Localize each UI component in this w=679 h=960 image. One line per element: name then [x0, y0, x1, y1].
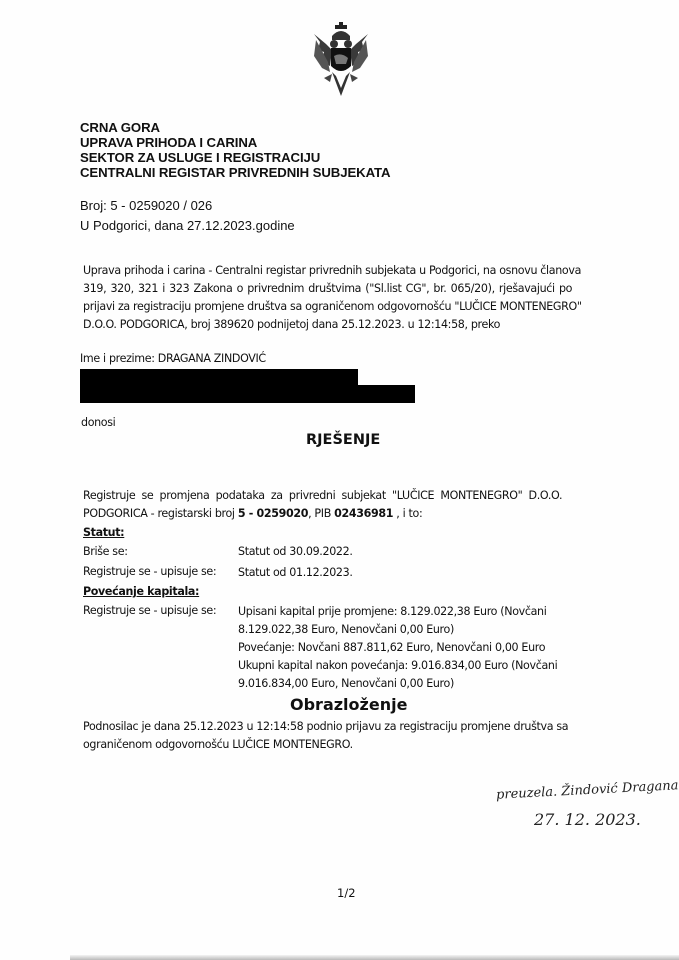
- pib-number: 02436981: [334, 507, 393, 520]
- statut-row-2-label: Registruje se - upisuje se:: [83, 563, 216, 580]
- decision-line-1: Registruje se promjena podataka za privr…: [83, 487, 562, 504]
- handwritten-received-by: preuzela. Žindović Dragana: [496, 778, 679, 803]
- intro-line-1: Uprava prihoda i carina - Centralni regi…: [83, 262, 581, 279]
- decision-title: RJEŠENJE: [306, 432, 380, 448]
- kapital-label: Registruje se - upisuje se:: [83, 602, 216, 619]
- scan-edge-shadow: [70, 955, 679, 960]
- applicant-name: Ime i prezime: DRAGANA ZINDOVIĆ: [80, 350, 266, 367]
- decision-line-2-suffix: , i to:: [393, 507, 422, 520]
- page-number: 1/2: [337, 886, 356, 900]
- document-number: Broj: 5 - 0259020 / 026: [80, 196, 212, 215]
- reasoning-line-1: Podnosilac je dana 25.12.2023 u 12:14:58…: [83, 718, 568, 735]
- kapital-line-5: 9.016.834,00 Euro, Nenovčani 0,00 Euro): [238, 675, 454, 692]
- pib-prefix: , PIB: [308, 507, 334, 520]
- intro-line-4: D.O.O. PODGORICA, broj 389620 podnijetoj…: [83, 316, 500, 333]
- handwritten-date: 27. 12. 2023.: [534, 810, 641, 829]
- intro-line-3: prijavi za registraciju promjene društva…: [83, 298, 582, 315]
- place-and-date: U Podgorici, dana 27.12.2023.godine: [80, 216, 295, 235]
- registration-number: 5 - 0259020: [238, 507, 308, 520]
- header-line-register: CENTRALNI REGISTAR PRIVREDNIH SUBJEKATA: [80, 165, 390, 181]
- redacted-block-extension: [355, 385, 415, 403]
- kapital-heading: Povećanje kapitala:: [83, 583, 199, 600]
- header-line-country: CRNA GORA: [80, 120, 160, 136]
- document-page: CRNA GORA UPRAVA PRIHODA I CARINA SEKTOR…: [0, 0, 679, 960]
- intro-line-2: 319, 320, 321 i 323 Zakona o privrednim …: [83, 280, 572, 297]
- statut-heading: Statut:: [83, 524, 124, 541]
- kapital-line-4: Ukupni kapital nakon povećanja: 9.016.83…: [238, 657, 557, 674]
- kapital-line-1: Upisani kapital prije promjene: 8.129.02…: [238, 603, 546, 620]
- decision-line-2: PODGORICA - registarski broj 5 - 0259020…: [83, 505, 422, 522]
- reasoning-line-2: ograničenom odgovornošću LUČICE MONTENEG…: [83, 736, 353, 753]
- header-line-agency: UPRAVA PRIHODA I CARINA: [80, 135, 257, 151]
- donosi-text: donosi: [81, 414, 115, 431]
- montenegro-coat-of-arms-icon: [310, 22, 372, 102]
- redacted-block: [80, 369, 358, 403]
- statut-row-1-label: Briše se:: [83, 543, 128, 560]
- header-line-sector: SEKTOR ZA USLUGE I REGISTRACIJU: [80, 150, 320, 166]
- kapital-line-3: Povećanje: Novčani 887.811,62 Euro, Neno…: [238, 639, 545, 656]
- decision-line-2-prefix: PODGORICA - registarski broj: [83, 507, 238, 520]
- reasoning-title: Obrazloženje: [290, 695, 407, 714]
- statut-row-1-value: Statut od 30.09.2022.: [238, 543, 353, 560]
- kapital-line-2: 8.129.022,38 Euro, Nenovčani 0,00 Euro): [238, 621, 454, 638]
- statut-row-2-value: Statut od 01.12.2023.: [238, 564, 353, 581]
